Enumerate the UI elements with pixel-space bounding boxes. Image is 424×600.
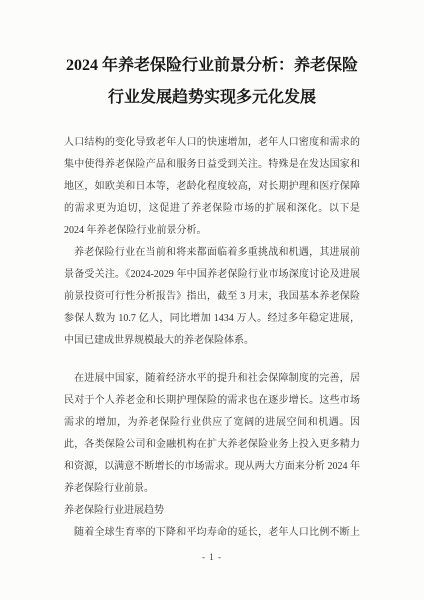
text-line: 参保人数为 10.7 亿人，同比增加 1434 万人。经过多年稳定进展， [64, 308, 360, 330]
text-line: 2024 年养老保险行业前景分析。 [64, 220, 360, 242]
document-body: 人口结构的变化导致老年人口的快速增加，老年人口密度和需求的集中使得养老保险产品和… [64, 132, 360, 544]
paragraph: 随着全球生育率的下降和平均寿命的延长，老年人口比例不断上 [64, 522, 360, 544]
title-line: 行业发展趋势实现多元化发展 [64, 82, 360, 114]
text-line: 养老保险行业进展趋势 [64, 500, 360, 522]
title-line: 2024 年养老保险行业前景分析：养老保险 [64, 50, 360, 82]
text-line: 此，各类保险公司和金融机构在扩大养老保险业务上投入更多精力 [64, 434, 360, 456]
page-title: 2024 年养老保险行业前景分析：养老保险行业发展趋势实现多元化发展 [64, 50, 360, 114]
text-line: 地区，如欧美和日本等，老龄化程度较高，对长期护理和医疗保障 [64, 176, 360, 198]
paragraph: 养老保险行业在当前和将来都面临着多重挑战和机遇，其进展前景备受关注。《2024-… [64, 242, 360, 352]
paragraph: 在进展中国家，随着经济水平的提升和社会保障制度的完善，居民对于个人养老金和长期护… [64, 368, 360, 500]
section-heading: 养老保险行业进展趋势 [64, 500, 360, 522]
text-line: 的需求更为迫切，这促进了养老保险市场的扩展和深化。以下是 [64, 198, 360, 220]
page-number: - 1 - [0, 552, 424, 562]
text-line: 在进展中国家，随着经济水平的提升和社会保障制度的完善，居 [64, 368, 360, 390]
text-line: 人口结构的变化导致老年人口的快速增加，老年人口密度和需求的 [64, 132, 360, 154]
text-line: 民对于个人养老金和长期护理保险的需求也在逐步增长。这些市场 [64, 390, 360, 412]
text-line: 中国已建成世界规模最大的养老保险体系。 [64, 330, 360, 352]
text-line: 景备受关注。《2024-2029 年中国养老保险行业市场深度讨论及进展 [64, 264, 360, 286]
paragraph: 人口结构的变化导致老年人口的快速增加，老年人口密度和需求的集中使得养老保险产品和… [64, 132, 360, 242]
text-line: 前景投资可行性分析报告》指出，截至 3 月末，我国基本养老保险 [64, 286, 360, 308]
text-line: 集中使得养老保险产品和服务日益受到关注。特殊是在发达国家和 [64, 154, 360, 176]
text-line: 需求的增加，为养老保险行业供应了宽阔的进展空间和机遇。因 [64, 412, 360, 434]
text-line: 养老保险行业在当前和将来都面临着多重挑战和机遇，其进展前 [64, 242, 360, 264]
text-line: 养老保险行业前景。 [64, 478, 360, 500]
document-page: 2024 年养老保险行业前景分析：养老保险行业发展趋势实现多元化发展 人口结构的… [0, 0, 424, 600]
text-line: 随着全球生育率的下降和平均寿命的延长，老年人口比例不断上 [64, 522, 360, 544]
text-line: 和资源，以满意不断增长的市场需求。现从两大方面来分析 2024 年 [64, 456, 360, 478]
